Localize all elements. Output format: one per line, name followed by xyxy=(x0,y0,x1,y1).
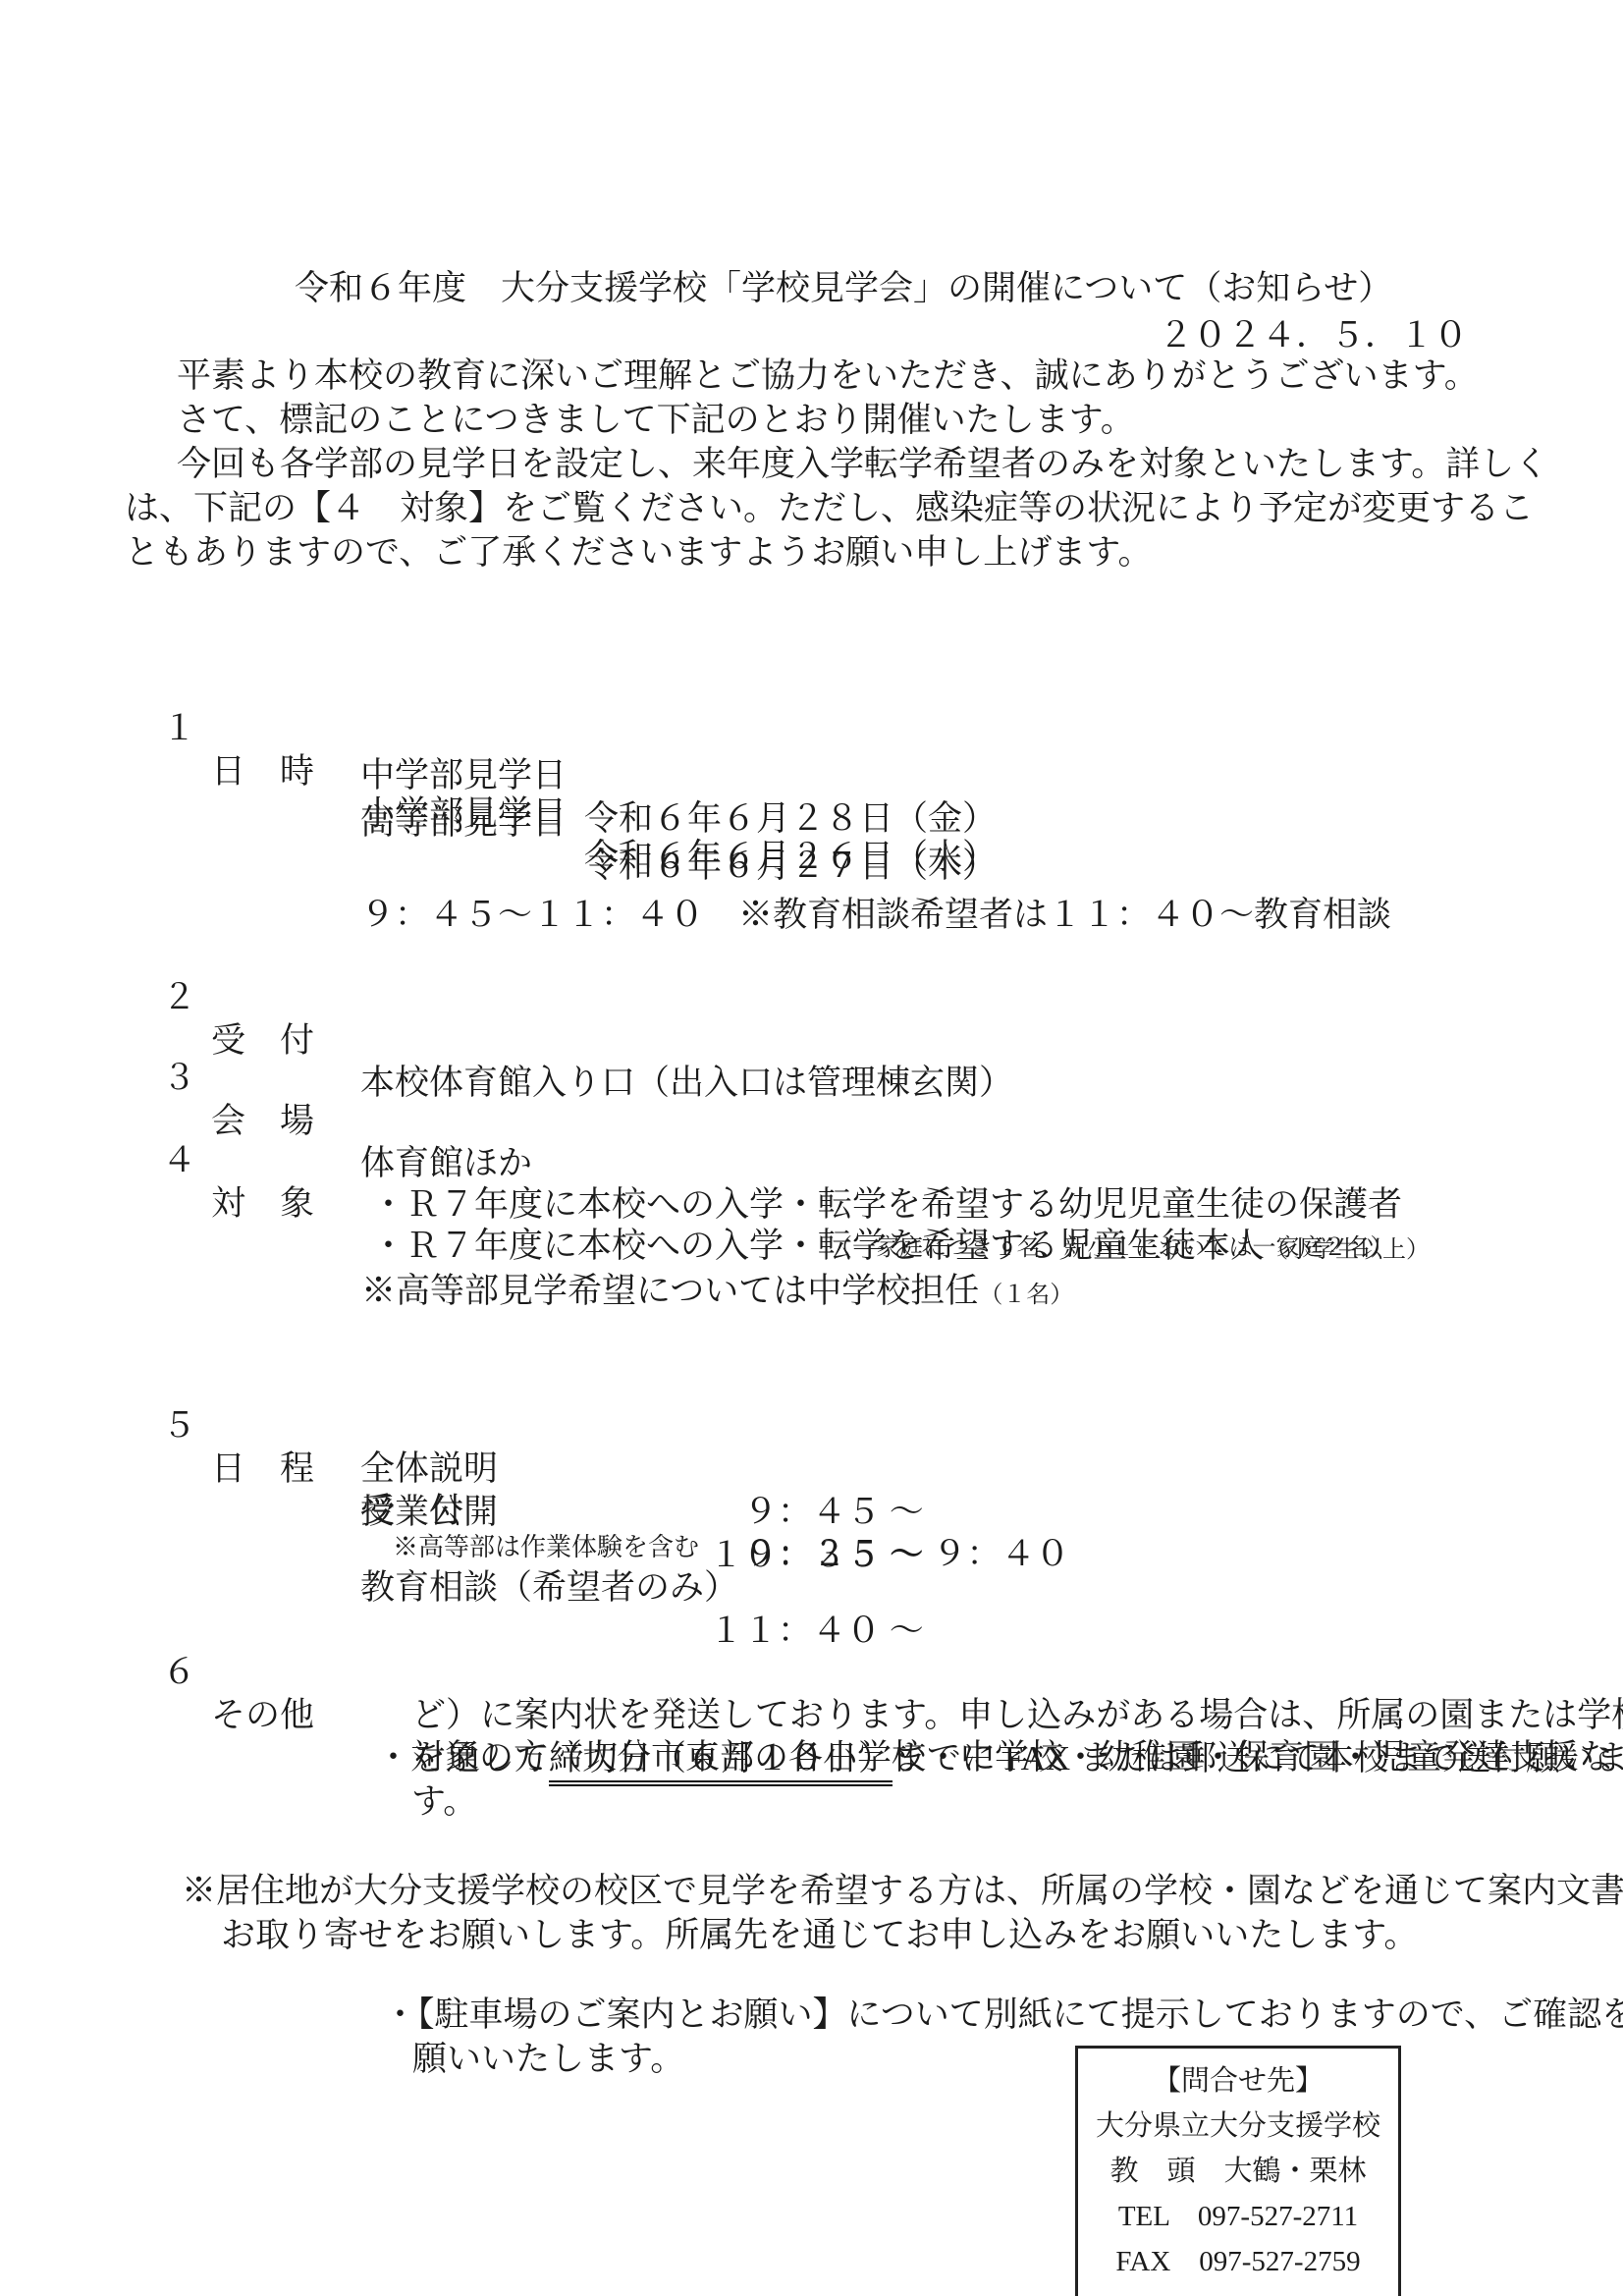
contact-tel: TEL 097-527-2711 xyxy=(1078,2194,1398,2239)
contact-staff: 教 頭 大鶴・栗林 xyxy=(1078,2149,1398,2194)
intro-text: 平素より本校の教育に深いご理解とご協力をいただき、誠にありがとうございます。 xyxy=(177,355,1479,398)
teacher-note: ※高等部見学希望については中学校担任（１名） xyxy=(361,1270,1073,1313)
parking-note-text: 願いいたします。 xyxy=(412,2038,684,2081)
schedule-item: 教育相談（希望者のみ） xyxy=(360,1566,738,1610)
intro-text: さて、標記のことにつきまして下記のとおり開催いたします。 xyxy=(177,399,1135,442)
other-line4: す。 xyxy=(411,1780,477,1824)
section-number: ２ xyxy=(162,976,196,1019)
time-note-text: ９：４５～１１：４０ ※教育相談希望者は１１：４０～教育相談 xyxy=(360,894,1391,937)
intro-text: ともありますので、ご了承くださいますようお願い申し上げます。 xyxy=(125,531,1153,574)
section4-teacher-note: ※高等部見学希望については中学校担任（１名） xyxy=(0,1227,1623,1355)
contact-box: 【問合せ先】 大分県立大分支援学校 教 頭 大鶴・栗林 TEL 097-527-… xyxy=(1075,2046,1401,2296)
visit-day-item: 高等部見学日 xyxy=(360,801,567,845)
document-page: 令和６年度 大分支援学校「学校見学会」の開催について（お知らせ） ２０２４．５．… xyxy=(0,0,1623,2296)
document-date: ２０２４．５．１０ xyxy=(1159,314,1468,357)
intro-text: は、下記の【４ 対象】をご覧ください。ただし、感染症等の状況により予定が変更する… xyxy=(125,487,1534,530)
intro-text: 今回も各学部の見学日を設定し、来年度入学転学希望者のみを対象といたします。詳しく xyxy=(177,443,1548,486)
contact-heading: 【問合せ先】 xyxy=(1078,2058,1398,2104)
teacher-note-main: ※高等部見学希望については中学校担任 xyxy=(361,1272,979,1310)
contact-school: 大分県立大分支援学校 xyxy=(1078,2104,1398,2149)
teacher-note-small: （１名） xyxy=(979,1283,1073,1308)
contact-fax: FAX 097-527-2759 xyxy=(1078,2239,1398,2284)
section-number: ３ xyxy=(162,1057,196,1100)
